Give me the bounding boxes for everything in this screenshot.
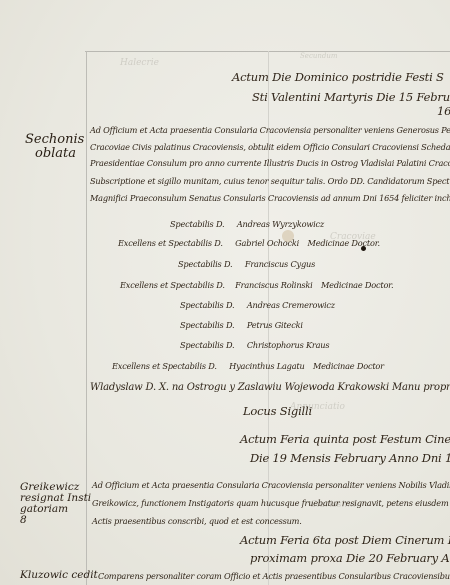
candidate-name: Andreas Cremerowicz — [247, 300, 335, 310]
bleed-through-text: Halecrie — [120, 58, 159, 68]
margin-note-1-line-1: Sechonis — [25, 133, 84, 147]
candidate-7: Spectabilis D. Christophorus Kraus — [180, 340, 329, 350]
entry-1-body-line-1: Ad Officium et Acta praesentia Consulari… — [90, 125, 450, 135]
entry-2-heading-line-2: Die 19 Mensis February Anno Dni 16 — [250, 451, 450, 465]
candidate-name: Petrus Gitecki — [247, 320, 303, 330]
margin-note-2: Greikewicz resignat Insti gatoriam 8 — [20, 482, 91, 526]
candidate-suffix: Medicinae Doctor. — [321, 280, 393, 290]
candidate-name: Franciscus Cygus — [245, 259, 315, 269]
entry-3-body-line-1: Comparens personaliter coram Officio et … — [98, 571, 450, 581]
paper-stain — [282, 230, 294, 242]
entry-1-heading-line-3: 16 — [437, 104, 450, 118]
candidate-name: Hyacinthus Lagatu — [229, 361, 304, 371]
entry-1-body-line-5: Magnifici Praeconsulum Senatus Consulari… — [90, 193, 450, 203]
entry-2-heading-line-1: Actum Feria quinta post Festum Cinerum p… — [240, 432, 450, 446]
margin-note-3-line-1: Kluzowic cedit — [20, 570, 98, 581]
candidate-name: Christophorus Kraus — [247, 340, 330, 350]
entry-1-heading-line-2: Sti Valentini Martyris Die 15 February A — [252, 90, 450, 104]
margin-note-1: Sechonis oblata — [25, 133, 84, 160]
entry-1-body-line-2: Cracoviae Civis palatinus Cracoviensis, … — [90, 142, 450, 152]
candidate-title: Spectabilis D. — [178, 259, 232, 269]
entry-2-body-line-3: Actis praesentibus conscribi, quod et es… — [92, 516, 302, 526]
entry-3-heading-line-2: proximam proxa Die 20 February Anno 16 — [250, 551, 450, 565]
ink-blot — [361, 246, 366, 251]
entry-2-body-line-2: Greikowicz, functionem Instigatoris quam… — [92, 498, 450, 508]
candidate-suffix: Medicinae Doctor — [313, 361, 384, 371]
entry-1-body-line-4: Subscriptione et sigillo munitam, cuius … — [90, 176, 449, 186]
margin-note-2-line-4: 8 — [20, 515, 91, 526]
seal-place: Locus Sigilli — [243, 404, 312, 418]
candidate-title: Spectabilis D. — [170, 219, 224, 229]
bleed-through-text: Secundum — [300, 52, 338, 60]
candidate-title: Spectabilis D. — [180, 300, 234, 310]
margin-note-3: Kluzowic cedit — [20, 570, 98, 581]
candidate-suffix: Medicinae Doctor. — [308, 238, 380, 248]
candidate-2: Excellens et Spectabilis D. Gabriel Ocho… — [118, 238, 380, 248]
candidate-8: Excellens et Spectabilis D. Hyacinthus L… — [112, 361, 384, 371]
candidate-4: Excellens et Spectabilis D. Franciscus R… — [120, 280, 393, 290]
entry-3-heading-line-1: Actum Feria 6ta post Diem Cinerum Innoca… — [240, 533, 450, 547]
palatine-signature: Wladyslaw D. X. na Ostrogu y Zaslawiu Wo… — [90, 382, 450, 393]
candidate-title: Spectabilis D. — [180, 340, 234, 350]
entry-2-body-line-1: Ad Officium et Acta praesentia Consulari… — [92, 480, 450, 490]
candidate-name: Franciscus Rolinski — [235, 280, 312, 290]
candidate-5: Spectabilis D. Andreas Cremerowicz — [180, 300, 335, 310]
margin-note-1-line-2: oblata — [25, 147, 84, 161]
candidate-title: Excellens et Spectabilis D. — [112, 361, 217, 371]
candidate-name: Andreas Wyrzykowicz — [237, 219, 324, 229]
candidate-title: Excellens et Spectabilis D. — [120, 280, 225, 290]
candidate-6: Spectabilis D. Petrus Gitecki — [180, 320, 303, 330]
margin-note-2-line-3: gatoriam — [20, 504, 91, 515]
entry-1-body-line-3: Praesidentiae Consulum pro anno currente… — [90, 158, 450, 168]
candidate-title: Spectabilis D. — [180, 320, 234, 330]
entry-1-heading-line-1: Actum Die Dominico postridie Festi S — [232, 70, 444, 84]
candidate-3: Spectabilis D. Franciscus Cygus — [178, 259, 315, 269]
candidate-1: Spectabilis D. Andreas Wyrzykowicz — [170, 219, 324, 229]
candidate-title: Excellens et Spectabilis D. — [118, 238, 223, 248]
